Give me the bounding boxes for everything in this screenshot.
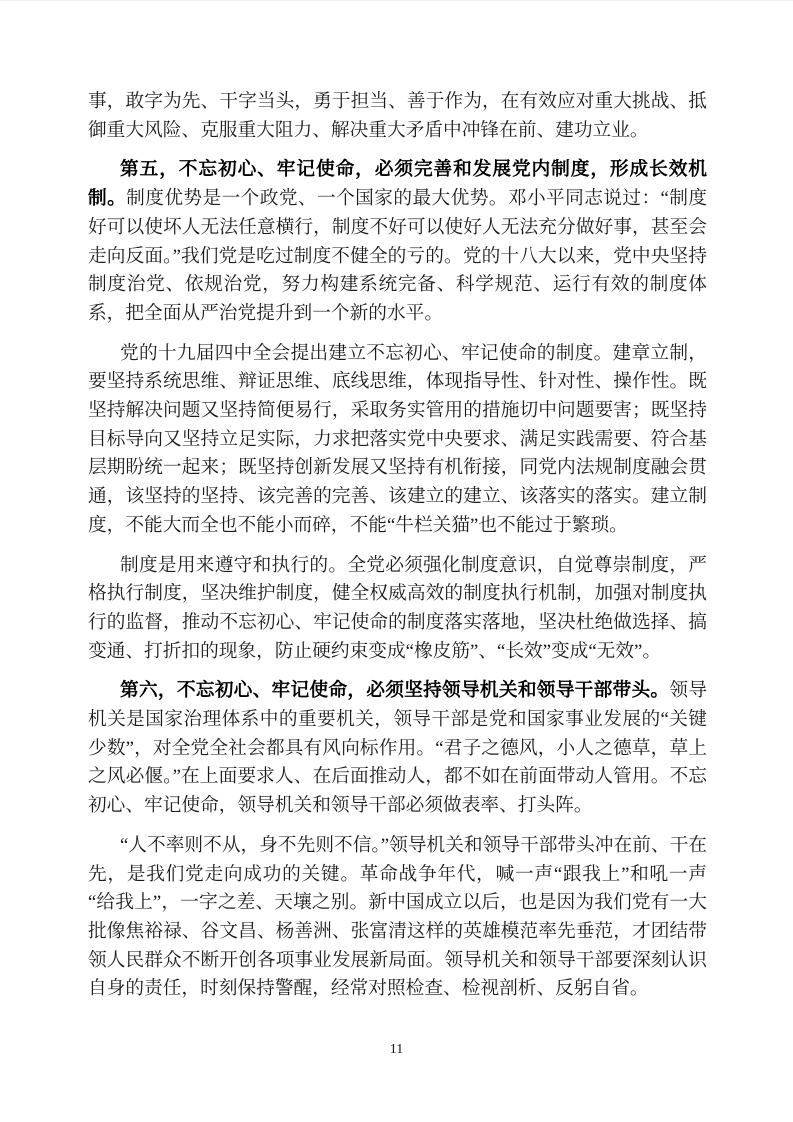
page-number: 11: [390, 1042, 403, 1057]
paragraph: 第六，不忘初心、牢记使命，必须坚持领导机关和领导干部带头。领导机关是国家治理体系…: [88, 677, 707, 821]
paragraph: “人不率则不从，身不先则不信。”领导机关和领导干部带头冲在前、干在先，是我们党走…: [88, 832, 707, 1004]
paragraph-text: 制度是用来遵守和执行的。全党必须强化制度意识，自觉尊崇制度，严格执行制度，坚决维…: [88, 555, 707, 662]
paragraph-heading: 第六，不忘初心、牢记使命，必须坚持领导机关和领导干部带头。: [120, 680, 669, 701]
paragraph: 党的十九届四中全会提出建立不忘初心、牢记使命的制度。建章立制，要坚持系统思维、辩…: [88, 340, 707, 541]
document-body: 事，敢字为先、干字当头，勇于担当、善于作为，在有效应对重大挑战、抵御重大风险、克…: [88, 88, 707, 1015]
page-footer: 11: [0, 1040, 793, 1058]
paragraph-text: 党的十九届四中全会提出建立不忘初心、牢记使命的制度。建章立制，要坚持系统思维、辩…: [88, 343, 707, 536]
paragraph-text: “人不率则不从，身不先则不信。”领导机关和领导干部带头冲在前、干在先，是我们党走…: [88, 835, 707, 1000]
paragraph-text: 制度优势是一个政党、一个国家的最大优势。邓小平同志说过：“制度好可以使坏人无法任…: [88, 188, 707, 324]
document-page: 事，敢字为先、干字当头，勇于担当、善于作为，在有效应对重大挑战、抵御重大风险、克…: [0, 0, 793, 1122]
paragraph: 事，敢字为先、干字当头，勇于担当、善于作为，在有效应对重大挑战、抵御重大风险、克…: [88, 88, 707, 145]
paragraph-text: 事，敢字为先、干字当头，勇于担当、善于作为，在有效应对重大挑战、抵御重大风险、克…: [88, 91, 707, 141]
paragraph: 制度是用来遵守和执行的。全党必须强化制度意识，自觉尊崇制度，严格执行制度，坚决维…: [88, 552, 707, 667]
paragraph: 第五，不忘初心、牢记使命，必须完善和发展党内制度，形成长效机制。制度优势是一个政…: [88, 156, 707, 328]
